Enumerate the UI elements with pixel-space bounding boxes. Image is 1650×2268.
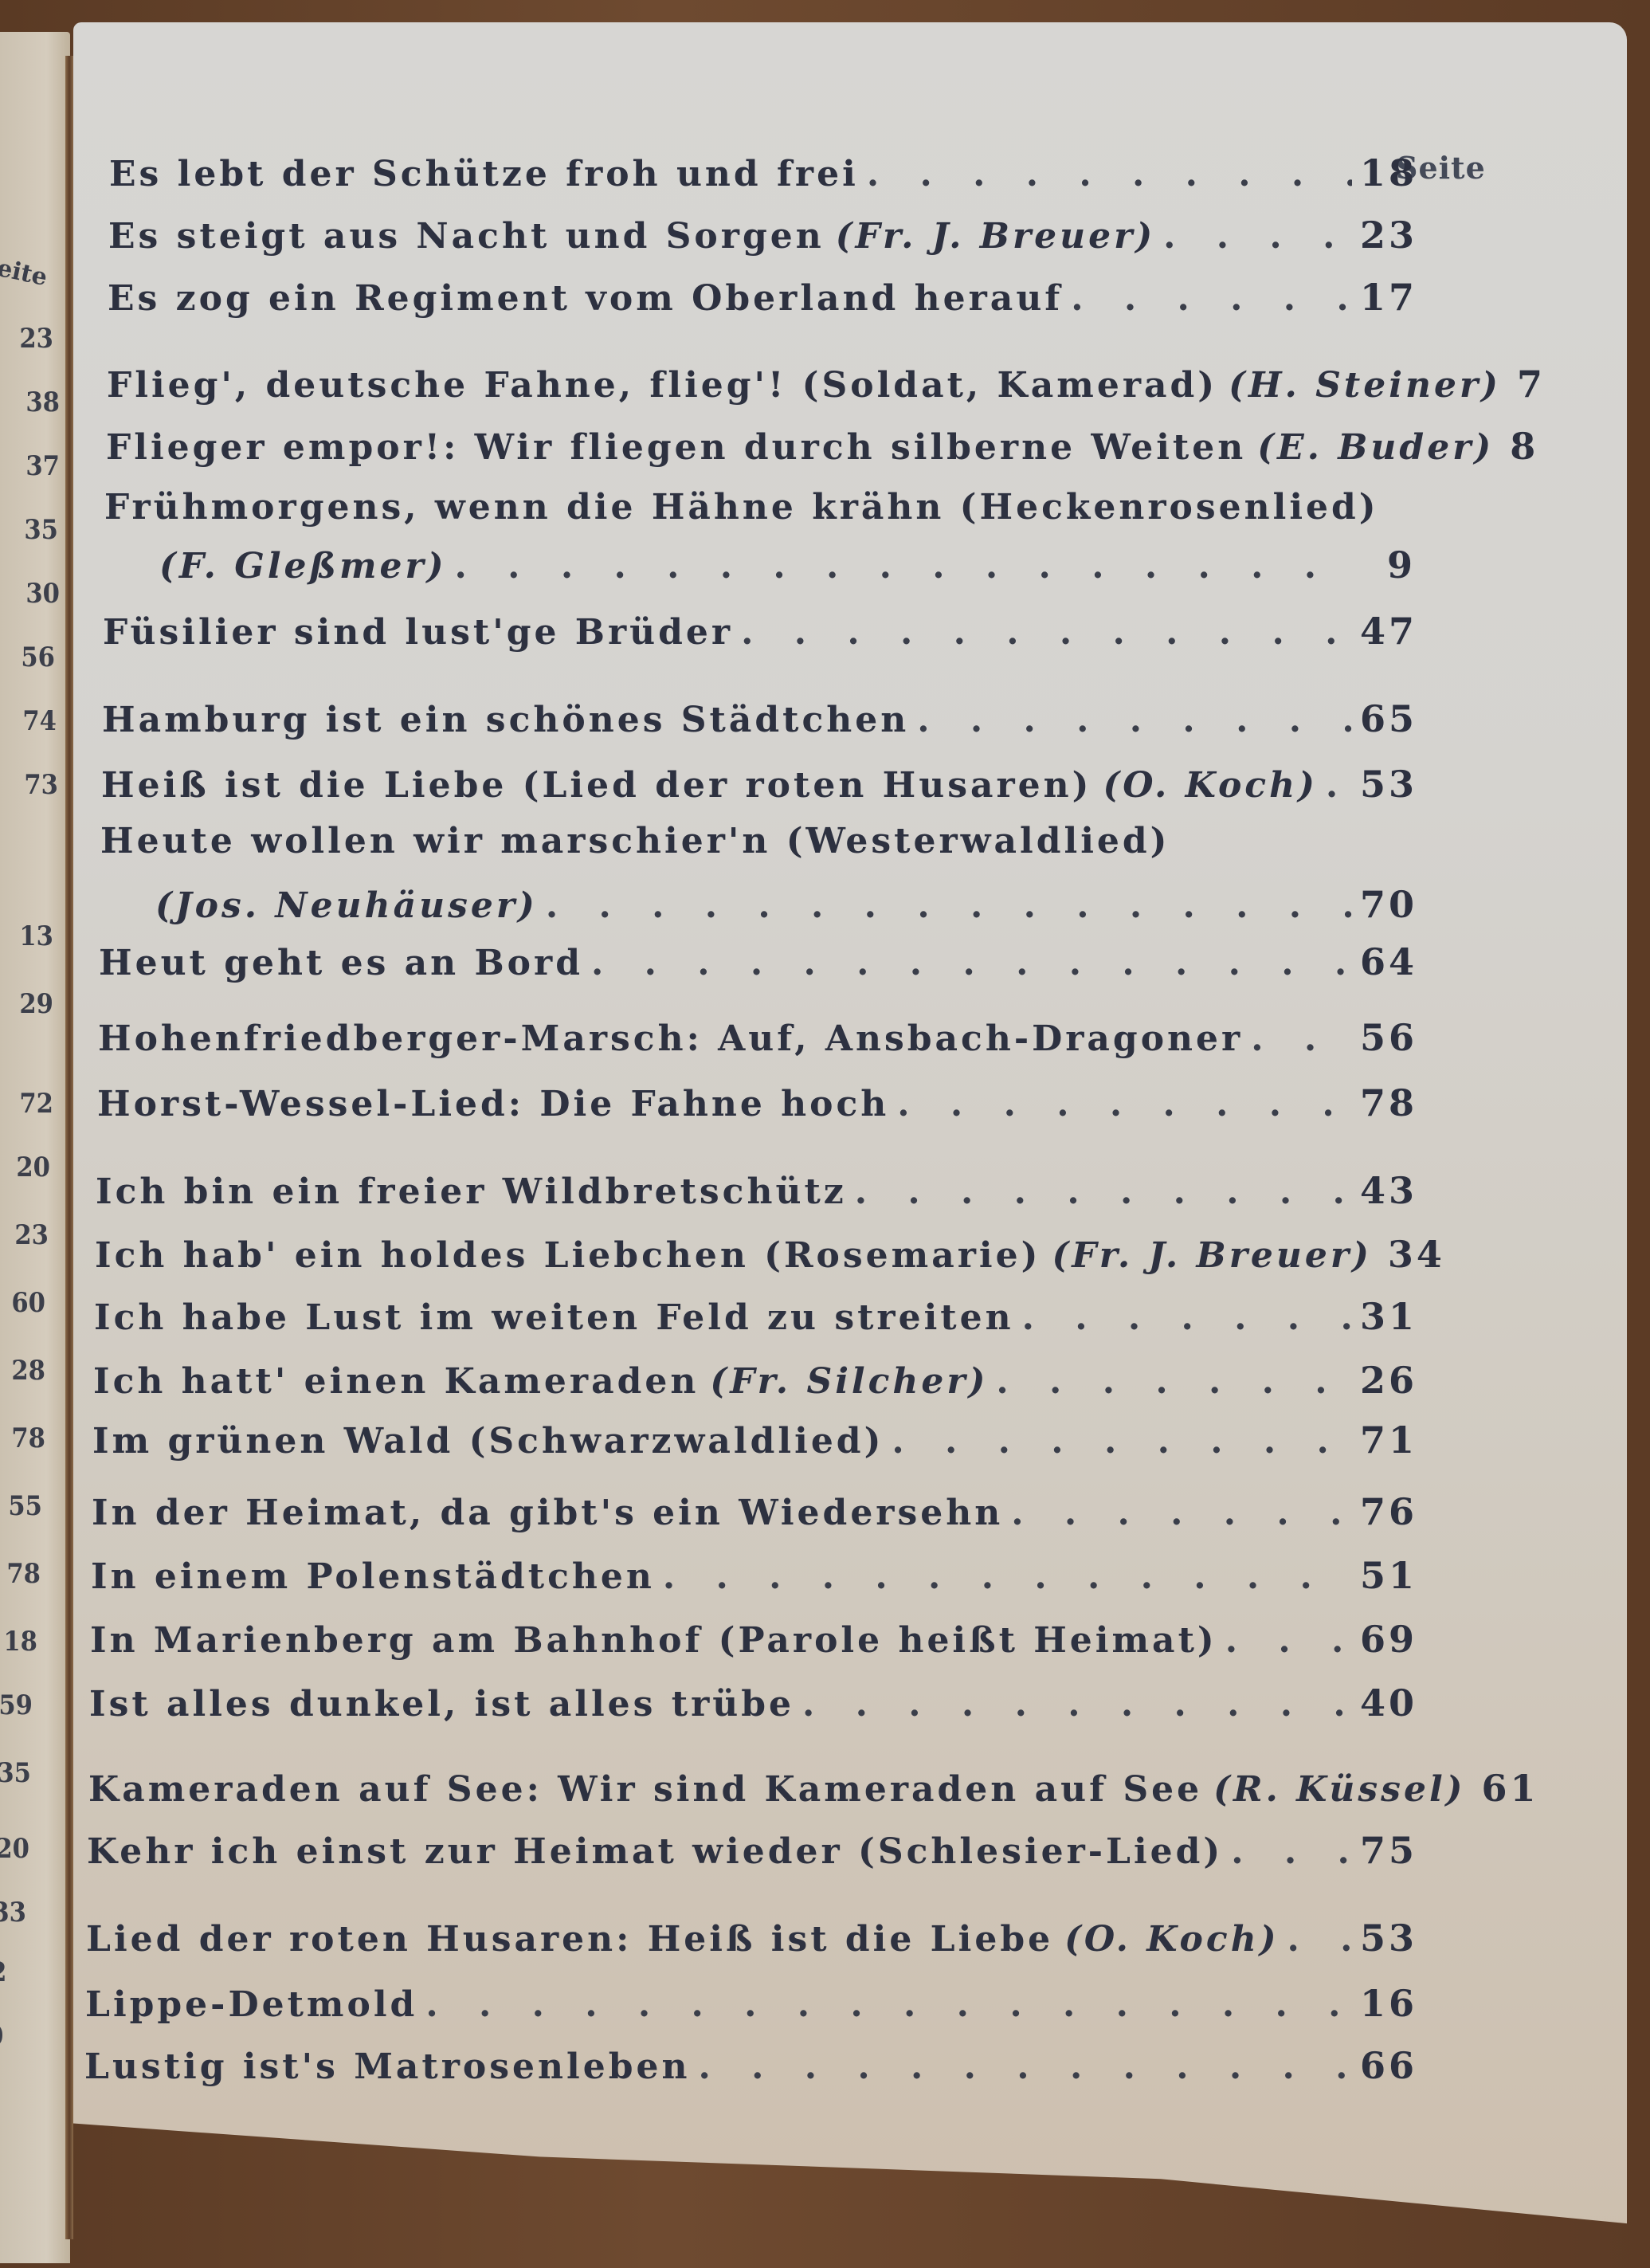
index-entry: Lippe-Detmold16	[85, 1982, 1416, 2025]
left-page-number: 59	[0, 1689, 33, 1721]
left-page-number: 78	[11, 1422, 45, 1454]
song-title: Flieger empor!: Wir fliegen durch silber…	[106, 427, 1246, 468]
dot-leader	[663, 1556, 1352, 1597]
index-entry: Hamburg ist ein schönes Städtchen65	[102, 697, 1416, 740]
index-entry: In Marienberg am Bahnhof (Parole heißt H…	[90, 1618, 1416, 1661]
page-number: 78	[1360, 1081, 1416, 1124]
song-title: Heut geht es an Bord	[99, 943, 583, 983]
dot-leader	[1287, 1919, 1352, 1960]
dot-leader	[591, 943, 1352, 983]
index-entry: Flieg', deutsche Fahne, flieg'! (Soldat,…	[107, 363, 1416, 406]
index-entry: Ich bin ein freier Wildbretschütz43	[96, 1169, 1416, 1212]
page-number: 70	[1360, 883, 1416, 926]
index-entry: Füsilier sind lust'ge Brüder47	[103, 610, 1416, 653]
dot-leader	[1231, 1831, 1352, 1872]
page-number: 16	[1360, 1982, 1416, 2025]
song-author: (E. Buder)	[1257, 427, 1494, 468]
page-number: 34	[1388, 1233, 1444, 1276]
song-author: (O. Koch)	[1103, 765, 1317, 806]
song-title: Lippe-Detmold	[85, 1984, 417, 2025]
page-number: 53	[1360, 1917, 1416, 1960]
index-entry: Ich habe Lust im weiten Feld zu streiten…	[94, 1295, 1416, 1338]
song-title: Hamburg ist ein schönes Städtchen	[102, 700, 909, 740]
index-entry: Ich hab' ein holdes Liebchen (Rosemarie)…	[95, 1233, 1416, 1276]
song-title: Es lebt der Schütze froh und frei	[109, 154, 859, 194]
index-entry: Horst-Wessel-Lied: Die Fahne hoch78	[97, 1081, 1416, 1124]
page-number: 65	[1360, 697, 1416, 740]
dot-leader	[425, 1984, 1352, 2025]
left-page-number: 20	[16, 1152, 50, 1183]
song-author: (Fr. J. Breuer)	[836, 216, 1155, 257]
dot-leader	[741, 612, 1352, 653]
page-number: 64	[1360, 940, 1416, 983]
left-page-number: 38	[25, 387, 60, 418]
page-number: 43	[1360, 1169, 1416, 1212]
index-entry: Lied der roten Husaren: Heiß ist die Lie…	[86, 1917, 1416, 1960]
index-page: Seite Es lebt der Schütze froh und frei1…	[73, 22, 1627, 2246]
index-entry: Heiß ist die Liebe (Lied der roten Husar…	[101, 763, 1416, 806]
song-title: Füsilier sind lust'ge Brüder	[103, 612, 733, 653]
song-author: (Fr. J. Breuer)	[1052, 1235, 1371, 1276]
song-title: Lustig ist's Matrosenleben	[84, 2046, 690, 2087]
page-number: 66	[1360, 2044, 1416, 2087]
left-page-number: 2	[0, 1956, 6, 1988]
song-title: Flieg', deutsche Fahne, flieg'! (Soldat,…	[107, 365, 1217, 406]
index-entry: (F. Gleßmer)9	[159, 543, 1416, 587]
song-title: Kameraden auf See: Wir sind Kameraden au…	[88, 1769, 1202, 1810]
book-spine	[65, 56, 73, 2239]
index-entry: Lustig ist's Matrosenleben66	[84, 2044, 1416, 2087]
left-page-number: 33	[0, 1897, 26, 1929]
left-page-number: 18	[3, 1626, 37, 1658]
index-entry: Ist alles dunkel, ist alles trübe40	[89, 1681, 1416, 1725]
dot-leader	[1251, 1018, 1352, 1059]
song-title: In einem Polenstädtchen	[91, 1556, 655, 1597]
dot-leader	[867, 154, 1352, 194]
index-entry: Heut geht es an Bord64	[99, 940, 1416, 983]
index-entry: Kehr ich einst zur Heimat wieder (Schles…	[87, 1829, 1416, 1872]
song-title: Heiß ist die Liebe (Lied der roten Husar…	[101, 765, 1092, 806]
dot-leader	[1225, 1620, 1352, 1661]
dot-leader	[917, 700, 1352, 740]
dot-leader	[1326, 765, 1352, 806]
page-number: 26	[1360, 1359, 1416, 1402]
song-title: Lied der roten Husaren: Heiß ist die Lie…	[86, 1919, 1053, 1960]
index-entry: Im grünen Wald (Schwarzwaldlied)71	[92, 1418, 1416, 1462]
page-number: 69	[1360, 1618, 1416, 1661]
dot-leader	[892, 1421, 1352, 1462]
page-number: 17	[1360, 276, 1416, 319]
index-entry: Kameraden auf See: Wir sind Kameraden au…	[88, 1767, 1416, 1810]
index-entry: Flieger empor!: Wir fliegen durch silber…	[106, 425, 1416, 468]
song-title: Hohenfriedberger-Marsch: Auf, Ansbach-Dr…	[98, 1018, 1243, 1059]
left-page-number: 35	[0, 1757, 31, 1789]
left-page-number: 35	[24, 514, 58, 546]
left-page-number: 20	[0, 1833, 29, 1865]
page-number: 53	[1360, 763, 1416, 806]
page-number: 76	[1360, 1490, 1416, 1533]
song-author: (R. Küssel)	[1213, 1769, 1465, 1810]
left-page-number: 29	[19, 988, 53, 1020]
index-entry: Ich hatt' einen Kameraden(Fr. Silcher)26	[93, 1359, 1416, 1402]
left-page-number: 30	[25, 578, 60, 610]
dot-leader	[698, 2046, 1352, 2087]
left-page-number: 28	[11, 1355, 45, 1387]
page-number: 75	[1360, 1829, 1416, 1872]
page-number: 40	[1360, 1681, 1416, 1725]
dot-leader	[1022, 1297, 1352, 1338]
dot-leader	[996, 1361, 1352, 1402]
dot-leader	[855, 1171, 1352, 1212]
left-page-number: 60	[11, 1287, 45, 1319]
page-number: 47	[1360, 610, 1416, 653]
song-title: In Marienberg am Bahnhof (Parole heißt H…	[90, 1620, 1217, 1661]
left-page-number: 13	[19, 920, 53, 952]
page-number: 71	[1360, 1418, 1416, 1462]
song-author: (O. Koch)	[1064, 1919, 1279, 1960]
dot-leader	[1011, 1493, 1352, 1533]
page-number: 56	[1360, 1016, 1416, 1059]
song-title: Ich bin ein freier Wildbretschütz	[96, 1171, 847, 1212]
dot-leader	[1071, 278, 1352, 319]
left-page-number: 72	[19, 1088, 53, 1120]
song-author: (Jos. Neuhäuser)	[155, 885, 538, 926]
left-page-number: 78	[6, 1558, 41, 1590]
dot-leader	[455, 546, 1352, 587]
dot-leader	[897, 1084, 1352, 1124]
song-title: Im grünen Wald (Schwarzwaldlied)	[92, 1421, 884, 1462]
dot-leader	[1163, 216, 1352, 257]
index-entry: In einem Polenstädtchen51	[91, 1554, 1416, 1597]
index-entry: Es lebt der Schütze froh und frei18	[109, 151, 1416, 194]
left-page-number: 73	[24, 769, 58, 801]
dot-leader	[546, 885, 1352, 926]
index-entry: (Jos. Neuhäuser)70	[155, 883, 1416, 926]
song-title: Ist alles dunkel, ist alles trübe	[89, 1684, 794, 1725]
page-number: 8	[1510, 425, 1538, 468]
song-title: Es steigt aus Nacht und Sorgen	[108, 216, 825, 257]
left-page-number: 0	[0, 2020, 3, 2052]
index-entry: Es zog ein Regiment vom Oberland herauf1…	[108, 276, 1416, 319]
song-title: Frühmorgens, wenn die Hähne krähn (Hecke…	[104, 487, 1379, 528]
left-page-number: 74	[22, 705, 57, 737]
song-title: Kehr ich einst zur Heimat wieder (Schles…	[87, 1831, 1223, 1872]
left-page-number: 23	[14, 1219, 49, 1251]
index-entry: Hohenfriedberger-Marsch: Auf, Ansbach-Dr…	[98, 1016, 1416, 1059]
song-title: Horst-Wessel-Lied: Die Fahne hoch	[97, 1084, 889, 1124]
dot-leader	[802, 1684, 1352, 1725]
song-author: (F. Gleßmer)	[159, 546, 447, 587]
page-number: 18	[1360, 151, 1416, 194]
song-title: Es zog ein Regiment vom Oberland herauf	[108, 278, 1063, 319]
left-page-number: 37	[25, 450, 60, 482]
left-page-number: 56	[21, 642, 55, 673]
index-entry: In der Heimat, da gibt's ein Wiedersehn7…	[92, 1490, 1416, 1533]
page-number: 51	[1360, 1554, 1416, 1597]
song-author: (Fr. Silcher)	[710, 1361, 988, 1402]
left-facing-page	[0, 32, 70, 2263]
song-title: Ich hab' ein holdes Liebchen (Rosemarie)	[95, 1235, 1041, 1276]
left-page-number: 55	[8, 1490, 42, 1522]
left-page-number: 23	[19, 323, 53, 355]
song-title: Ich hatt' einen Kameraden	[93, 1361, 699, 1402]
page-number: 7	[1517, 363, 1546, 406]
index-entry: Frühmorgens, wenn die Hähne krähn (Hecke…	[104, 487, 1416, 528]
page-number: 9	[1360, 543, 1416, 587]
page-number: 23	[1360, 214, 1416, 257]
song-author: (H. Steiner)	[1229, 365, 1501, 406]
song-title: In der Heimat, da gibt's ein Wiedersehn	[92, 1493, 1003, 1533]
index-entry: Es steigt aus Nacht und Sorgen(Fr. J. Br…	[108, 214, 1416, 257]
page-number: 61	[1481, 1767, 1537, 1810]
page-number: 31	[1360, 1295, 1416, 1338]
song-title: Heute wollen wir marschier'n (Westerwald…	[100, 821, 1170, 861]
index-entry: Heute wollen wir marschier'n (Westerwald…	[100, 821, 1416, 861]
song-title: Ich habe Lust im weiten Feld zu streiten	[94, 1297, 1014, 1338]
